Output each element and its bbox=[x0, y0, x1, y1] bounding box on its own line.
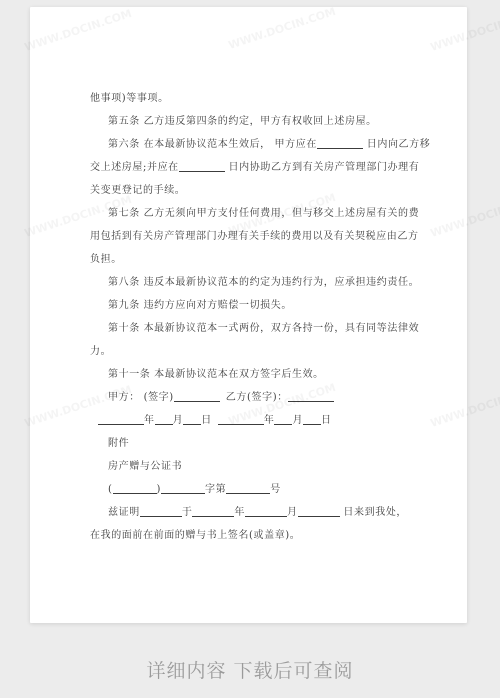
blank-field bbox=[161, 481, 205, 494]
final-line: 在我的面前在前面的赠与书上签名(或盖章)。 bbox=[90, 524, 414, 547]
blank-field bbox=[192, 504, 234, 517]
month-label: 月 bbox=[292, 415, 303, 426]
date-line: 年月日年月日 bbox=[90, 409, 414, 432]
document-page: 他事项)等事项。 第五条 乙方违反第四条的约定，甲方有权收回上述房屋。 第六条 … bbox=[30, 7, 467, 623]
download-prompt: 详细内容 下载后可查阅 bbox=[0, 656, 500, 683]
clause-6: 第六条 在本最新协议范本生效后， 甲方应在 日内向乙方移 bbox=[90, 133, 414, 156]
document-content: 他事项)等事项。 第五条 乙方违反第四条的约定，甲方有权收回上述房屋。 第六条 … bbox=[90, 87, 414, 547]
text-line: 他事项)等事项。 bbox=[90, 87, 414, 110]
blank-field bbox=[140, 504, 182, 517]
blank-field bbox=[245, 504, 287, 517]
clause-9: 第九条 违约方应向对方赔偿一切损失。 bbox=[90, 294, 414, 317]
clause-6-text: 第六条 在本最新协议范本生效后， 甲方应在 bbox=[108, 139, 317, 150]
day-blank bbox=[183, 412, 201, 425]
year-label: 年 bbox=[264, 415, 275, 426]
year-blank bbox=[218, 412, 264, 425]
text-line: 力。 bbox=[90, 340, 414, 363]
month-blank bbox=[274, 412, 292, 425]
year-blank bbox=[98, 412, 144, 425]
blank-field bbox=[317, 136, 363, 149]
clause-6-cont-tail: 日内协助乙方到有关房产管理部门办理有 bbox=[225, 162, 420, 173]
day-label: 日 bbox=[321, 415, 332, 426]
text-line: 用包括到有关房产管理部门办理有关手续的费用以及有关契税应由乙方 bbox=[90, 225, 414, 248]
month-blank bbox=[155, 412, 173, 425]
certificate-number-line: ()字第号 bbox=[90, 478, 414, 501]
blank-field bbox=[298, 504, 340, 517]
text-line: 关变更登记的手续。 bbox=[90, 179, 414, 202]
year-label: 年 bbox=[144, 415, 155, 426]
clause-10: 第十条 本最新协议范本一式两份，双方各持一份，具有同等法律效 bbox=[90, 317, 414, 340]
certify-line: 兹证明于年月 日来到我处， bbox=[90, 501, 414, 524]
clause-6-tail: 日内向乙方移 bbox=[363, 139, 430, 150]
party-a-signature-blank bbox=[174, 389, 220, 402]
party-b-signature-blank bbox=[288, 389, 334, 402]
clause-7: 第七条 乙方无须向甲方支付任何费用，但与移交上述房屋有关的费 bbox=[90, 202, 414, 225]
blank-field bbox=[226, 481, 270, 494]
blank-field bbox=[179, 159, 225, 172]
attachment-title: 房产赠与公证书 bbox=[90, 455, 414, 478]
party-a-label: 甲方： (签字) bbox=[108, 392, 174, 403]
clause-8: 第八条 违反本最新协议范本的约定为违约行为，应承担违约责任。 bbox=[90, 271, 414, 294]
day-blank bbox=[303, 412, 321, 425]
clause-5: 第五条 乙方违反第四条的约定，甲方有权收回上述房屋。 bbox=[90, 110, 414, 133]
signature-line: 甲方： (签字)乙方(签字)： bbox=[90, 386, 414, 409]
text-line: 负担。 bbox=[90, 248, 414, 271]
clause-6-cont: 交上述房屋;并应在 日内协助乙方到有关房产管理部门办理有 bbox=[90, 156, 414, 179]
clause-11: 第十一条 本最新协议范本在双方签字后生效。 bbox=[90, 363, 414, 386]
blank-field bbox=[113, 481, 157, 494]
day-label: 日 bbox=[201, 415, 212, 426]
month-label: 月 bbox=[173, 415, 184, 426]
clause-6-cont-text: 交上述房屋;并应在 bbox=[90, 162, 179, 173]
party-b-label: 乙方(签字)： bbox=[226, 392, 288, 403]
attachment-label: 附件 bbox=[90, 432, 414, 455]
